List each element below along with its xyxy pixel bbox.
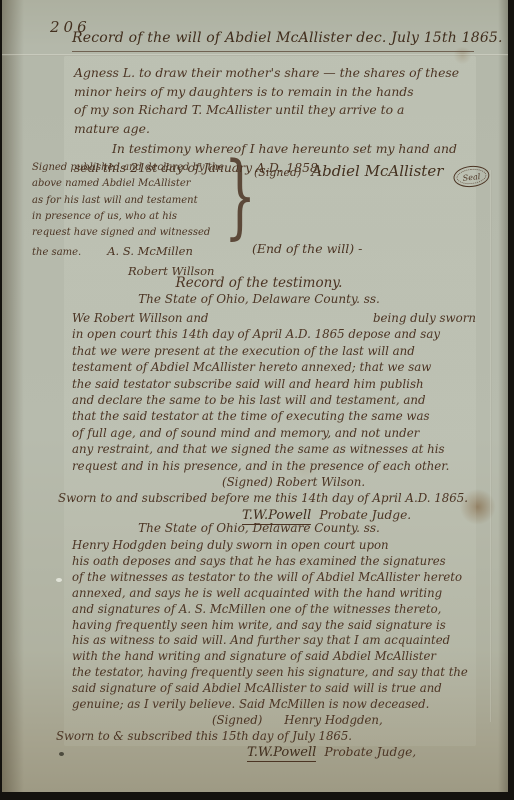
- signed-label: (Signed): [212, 713, 262, 729]
- deposition-line: annexed, and says he is well acquainted …: [72, 586, 476, 602]
- record-title: Record of the will of Abdiel McAllister …: [72, 30, 503, 46]
- attestation-line: Signed published and declared by the: [32, 160, 240, 176]
- deponent-signature: Henry Hodgden,: [284, 713, 382, 729]
- judge-title: Probate Judge,: [324, 745, 416, 761]
- jurat-line: Sworn to and subscribed before me this 1…: [58, 490, 476, 506]
- deponent-signature-row: (Signed) Henry Hodgden,: [212, 713, 476, 729]
- hodgden-deposition: Henry Hodgden being duly sworn in open c…: [72, 538, 476, 762]
- paper-fleck: [56, 578, 62, 582]
- vertical-crease: [490, 170, 492, 722]
- deponent-signature: (Signed) Robert Wilson.: [222, 474, 476, 490]
- judge-signature: T.W.Powell: [247, 745, 316, 762]
- testimony-heading: Record of the testimony.: [59, 275, 459, 291]
- page-root: 206 Record of the will of Abdiel McAllis…: [0, 0, 514, 800]
- deposition-line: testament of Abdiel McAllister hereto an…: [72, 359, 476, 375]
- record-title-block: Record of the will of Abdiel McAllister …: [72, 29, 474, 52]
- will-body-line: mature age.: [74, 120, 476, 139]
- will-body-paragraph: Agness L. to draw their mother's share —…: [74, 64, 476, 138]
- witness-deposition: We Robert Willson and being duly sworn i…: [72, 310, 476, 525]
- deposition-line: that we were present at the execution of…: [72, 343, 476, 359]
- signed-label: (Signed): [254, 166, 301, 179]
- binding-gutter-shadow: [2, 0, 24, 792]
- deposition-line: any restraint, and that we signed the sa…: [72, 441, 476, 457]
- deposition-line: of full age, and of sound mind and memor…: [72, 425, 476, 441]
- page-edge-shadow: [498, 0, 508, 792]
- deposition-line: of the witnesses as testator to the will…: [72, 570, 476, 586]
- will-body-line: minor heirs of my daughters is to remain…: [74, 83, 476, 102]
- deposition-line: said signature of said Abdiel McAllister…: [72, 681, 476, 697]
- will-body-line: Agness L. to draw their mother's share —…: [74, 64, 476, 83]
- jurisdiction-caption-1: The State of Ohio, Delaware County. ss.: [59, 292, 459, 306]
- attestation-line: above named Abdiel McAllister: [32, 176, 240, 192]
- deposition-line: request and in his presence, and in the …: [72, 458, 476, 474]
- seal-mark: Seal: [453, 164, 491, 189]
- deposition-line: the testator, having frequently seen his…: [72, 665, 476, 681]
- testimonium-line: In testimony whereof I have hereunto set…: [74, 140, 476, 159]
- deposition-line: in open court this 14th day of April A.D…: [72, 326, 476, 342]
- jurat-line: Sworn to & subscribed this 15th day of J…: [56, 729, 476, 745]
- deposition-line: his oath deposes and says that he has ex…: [72, 554, 476, 570]
- deposition-line: the said testator subscribe said will an…: [72, 376, 476, 392]
- deposition-line: and declare the same to be his last will…: [72, 392, 476, 408]
- seal-text: Seal: [463, 172, 481, 183]
- deposition-opening-left: We Robert Willson and: [72, 310, 208, 326]
- deposition-line: genuine; as I verily believe. Said McMil…: [72, 697, 476, 713]
- attestation-closing-row: the same. A. S. McMillen: [32, 243, 240, 261]
- deposition-line: and signatures of A. S. McMillen one of …: [72, 602, 476, 618]
- deposition-line: his as witness to said will. And further…: [72, 633, 476, 649]
- ledger-paper: 206 Record of the will of Abdiel McAllis…: [2, 0, 508, 792]
- deposition-line: having frequently seen him write, and sa…: [72, 618, 476, 634]
- end-of-will-note: (End of the will) -: [252, 241, 362, 256]
- attestation-margin-note: Signed published and declared by the abo…: [32, 160, 240, 279]
- testator-signature: Abdiel McAllister: [311, 162, 443, 180]
- attestation-line: in presence of us, who at his: [32, 209, 240, 225]
- ink-speck: [59, 752, 64, 756]
- deposition-line: that the said testator at the time of ex…: [72, 408, 476, 424]
- witness-signature-mcmillen: A. S. McMillen: [107, 243, 193, 259]
- attestation-line: as for his last will and testament: [32, 193, 240, 209]
- deposition-line: with the hand writing and signature of s…: [72, 649, 476, 665]
- attestation-same-label: the same.: [32, 245, 81, 261]
- attestation-line: request have signed and witnessed: [32, 225, 240, 241]
- will-body-line: of my son Richard T. McAllister until th…: [74, 101, 476, 120]
- judge-signature-row: T.W.Powell Probate Judge,: [247, 745, 476, 762]
- deposition-opening-right: being duly sworn: [373, 310, 476, 326]
- horizontal-crease: [2, 54, 508, 56]
- jurisdiction-caption-2: The State of Ohio, Delaware County. ss.: [59, 521, 459, 535]
- testator-signature-row: (Signed) Abdiel McAllister Seal: [254, 162, 489, 183]
- deposition-line: Henry Hodgden being duly sworn in open c…: [72, 538, 476, 554]
- attestation-brace: }: [224, 150, 256, 242]
- deposition-opening-row: We Robert Willson and being duly sworn: [72, 310, 476, 326]
